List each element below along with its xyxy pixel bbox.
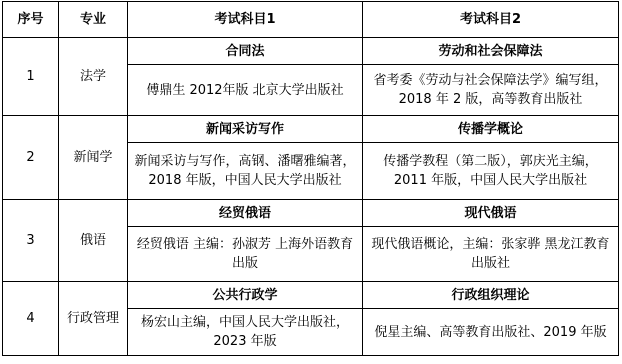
subject2-name: 现代俄语 bbox=[363, 200, 619, 227]
row-index: 1 bbox=[3, 38, 59, 116]
subject2-book: 倪星主编、高等教育出版社、2019 年版 bbox=[363, 309, 619, 356]
subject2-name: 行政组织理论 bbox=[363, 282, 619, 309]
subject1-name: 公共行政学 bbox=[128, 282, 363, 309]
row-major: 新闻学 bbox=[59, 116, 128, 200]
row-index: 3 bbox=[3, 200, 59, 282]
table-row: 3 俄语 经贸俄语 现代俄语 bbox=[3, 200, 619, 227]
row-index: 2 bbox=[3, 116, 59, 200]
subject2-name: 劳动和社会保障法 bbox=[363, 38, 619, 65]
row-major: 俄语 bbox=[59, 200, 128, 282]
subject1-book: 新闻采访与写作，高钢、潘曙雅编著，2018 年版，中国人民大学出版社 bbox=[128, 143, 363, 200]
row-major: 法学 bbox=[59, 38, 128, 116]
header-major: 专业 bbox=[59, 2, 128, 38]
table-row: 4 行政管理 公共行政学 行政组织理论 bbox=[3, 282, 619, 309]
header-index: 序号 bbox=[3, 2, 59, 38]
row-index: 4 bbox=[3, 282, 59, 356]
header-row: 序号 专业 考试科目1 考试科目2 bbox=[3, 2, 619, 38]
subject2-name: 传播学概论 bbox=[363, 116, 619, 143]
subject2-book: 传播学教程（第二版），郭庆光主编，2011 年版，中国人民大学出版社 bbox=[363, 143, 619, 200]
subject1-name: 经贸俄语 bbox=[128, 200, 363, 227]
row-major: 行政管理 bbox=[59, 282, 128, 356]
subject1-name: 合同法 bbox=[128, 38, 363, 65]
table-row: 2 新闻学 新闻采访写作 传播学概论 bbox=[3, 116, 619, 143]
subject2-book: 省考委《劳动与社会保障法学》编写组，2018 年 2 版，高等教育出版社 bbox=[363, 65, 619, 116]
table-row: 1 法学 合同法 劳动和社会保障法 bbox=[3, 38, 619, 65]
exam-subjects-table: 序号 专业 考试科目1 考试科目2 1 法学 合同法 劳动和社会保障法 傅鼎生 … bbox=[2, 1, 619, 356]
header-subject2: 考试科目2 bbox=[363, 2, 619, 38]
subject2-book: 现代俄语概论，主编：张家骅 黑龙江教育出版社 bbox=[363, 227, 619, 282]
subject1-book: 杨宏山主编，中国人民大学出版社，2023 年版 bbox=[128, 309, 363, 356]
subject1-name: 新闻采访写作 bbox=[128, 116, 363, 143]
subject1-book: 经贸俄语 主编：孙淑芳 上海外语教育出版 bbox=[128, 227, 363, 282]
subject1-book: 傅鼎生 2012年版 北京大学出版社 bbox=[128, 65, 363, 116]
header-subject1: 考试科目1 bbox=[128, 2, 363, 38]
